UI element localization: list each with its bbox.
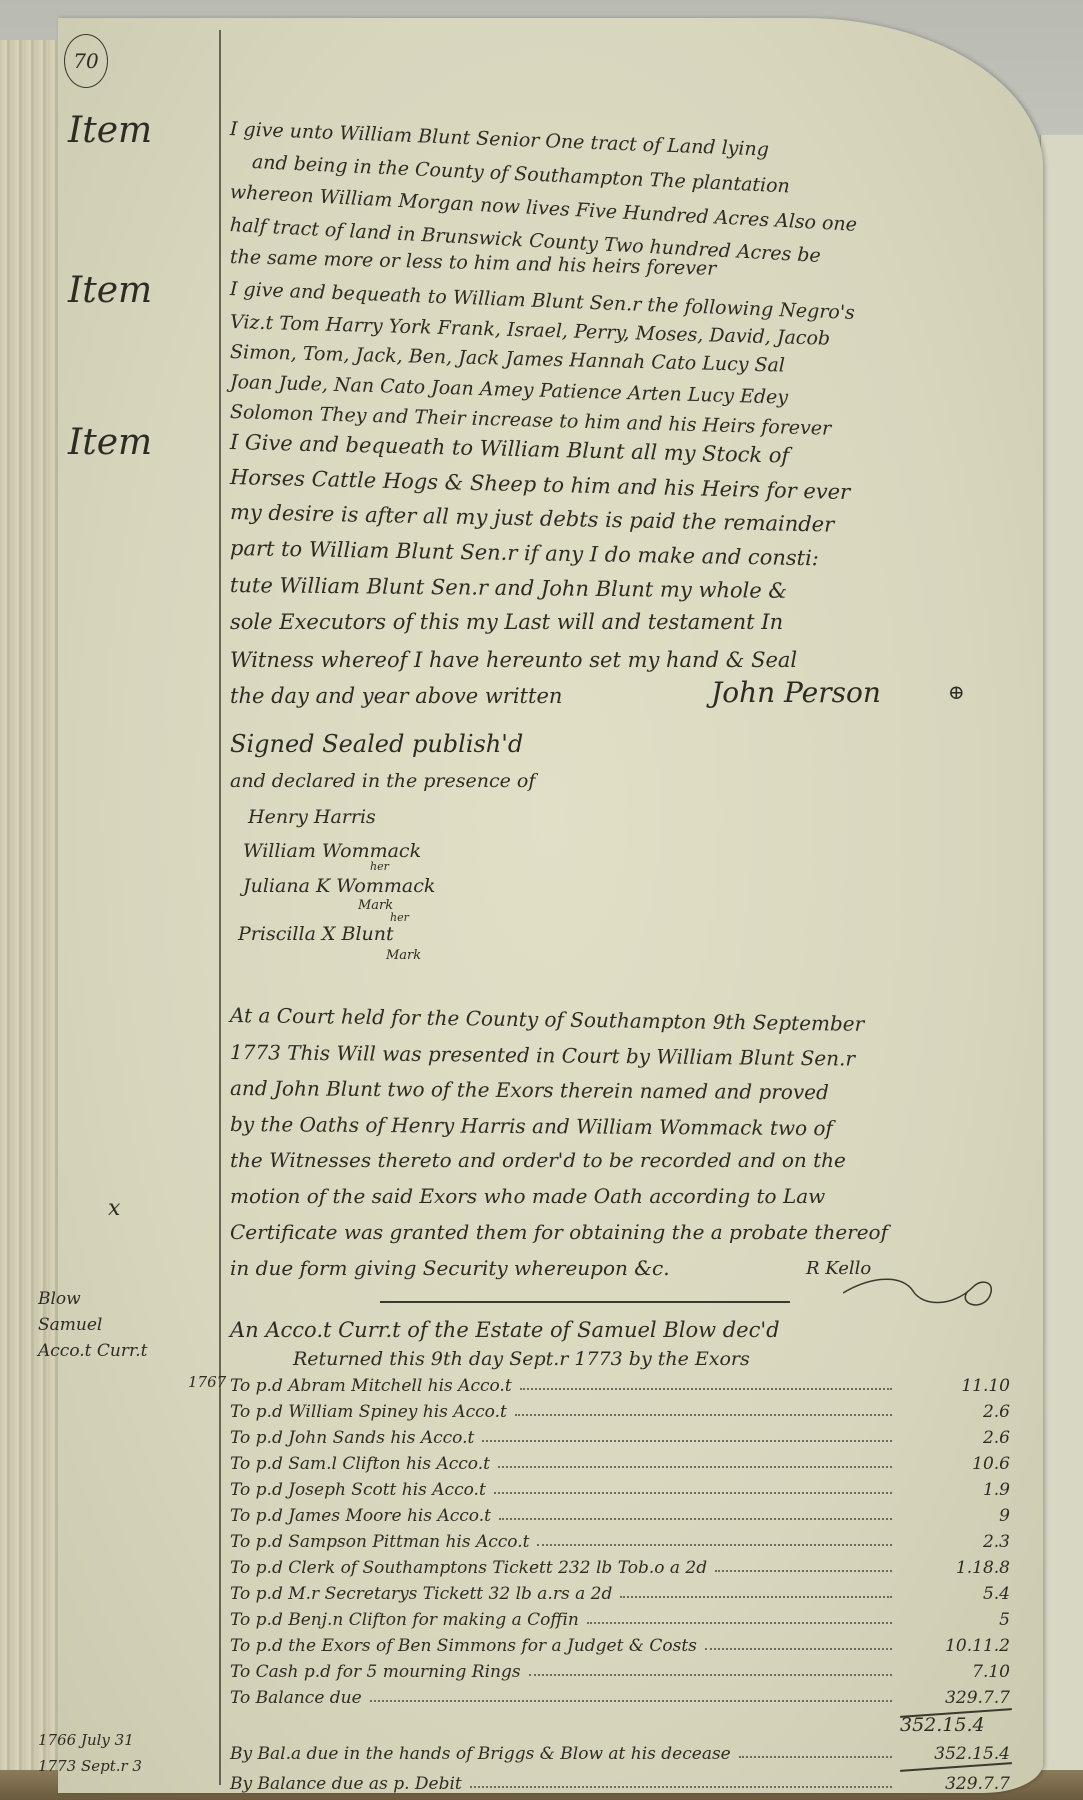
credit-row: By Bal.a due in the hands of Briggs & Bl… <box>230 1738 1010 1764</box>
probate-line: motion of the said Exors who made Oath a… <box>230 1184 825 1208</box>
will-line: part to William Blunt Sen.r if any I do … <box>230 536 819 570</box>
debit-row: To p.d Sampson Pittman his Acco.t2.3 <box>230 1526 1010 1552</box>
debit-desc: To p.d Sam.l Clifton his Acco.t <box>230 1454 490 1474</box>
credit-date: 1773 Sept.r 3 <box>38 1752 142 1780</box>
debit-desc: To p.d the Exors of Ben Simmons for a Ju… <box>230 1636 697 1656</box>
debit-desc: To p.d M.r Secretarys Tickett 32 lb a.rs… <box>230 1584 612 1604</box>
ledger-page: 70 Item I give unto William Blunt Senior… <box>58 18 1043 1793</box>
witness-mark-below: Mark <box>386 948 421 963</box>
debit-desc: To p.d Abram Mitchell his Acco.t <box>230 1376 512 1396</box>
credit-amount: 352.15.4 <box>900 1744 1010 1764</box>
attestation-line: and declared in the presence of <box>230 770 535 792</box>
leader-dots <box>587 1622 892 1624</box>
debit-amount: 7.10 <box>900 1662 1010 1682</box>
leader-dots <box>499 1518 892 1520</box>
debit-amount: 1.18.8 <box>900 1558 1010 1578</box>
probate-line: in due form giving Security whereupon &c… <box>230 1256 670 1280</box>
debit-row: To Cash p.d for 5 mourning Rings7.10 <box>230 1656 1010 1682</box>
attestation-line: Signed Sealed publish'd <box>230 730 523 758</box>
debit-desc: To p.d John Sands his Acco.t <box>230 1428 474 1448</box>
margin-rule <box>219 30 221 1785</box>
debit-row: To Balance due329.7.7 <box>230 1682 1010 1708</box>
account-year: 1767 <box>188 1368 226 1396</box>
will-line: sole Executors of this my Last will and … <box>230 610 783 634</box>
debit-amount: 2.6 <box>900 1402 1010 1422</box>
will-line: Simon, Tom, Jack, Ben, Jack James Hannah… <box>230 341 785 377</box>
credit-desc: By Balance due as p. Debit <box>230 1774 462 1794</box>
debit-desc: To Balance due <box>230 1688 362 1708</box>
leader-dots <box>537 1544 892 1546</box>
debit-row: To p.d Abram Mitchell his Acco.t11.10 <box>230 1370 1010 1396</box>
will-line: Horses Cattle Hogs & Sheep to him and hi… <box>230 465 851 504</box>
witness-mark-above: her <box>370 860 389 873</box>
debit-desc: To p.d William Spiney his Acco.t <box>230 1402 507 1422</box>
debit-amount: 11.10 <box>900 1376 1010 1396</box>
debit-amount: 2.3 <box>900 1532 1010 1552</box>
account-title: An Acco.t Curr.t of the Estate of Samuel… <box>230 1318 780 1342</box>
probate-line: and John Blunt two of the Exors therein … <box>230 1076 829 1104</box>
probate-line: Certificate was granted them for obtaini… <box>230 1220 888 1244</box>
leader-dots <box>515 1414 892 1416</box>
debit-row: To p.d James Moore his Acco.t9 <box>230 1500 1010 1526</box>
leader-dots <box>705 1648 892 1650</box>
debit-row: To p.d John Sands his Acco.t2.6 <box>230 1422 1010 1448</box>
witness-name: Juliana K Wommack <box>243 875 435 897</box>
seal-icon: ⊕ <box>948 680 965 704</box>
leader-dots <box>482 1440 892 1442</box>
account-margin-label: Blow Samuel Acco.t Curr.t <box>38 1286 147 1364</box>
account-margin-type: Acco.t Curr.t <box>38 1338 147 1364</box>
leader-dots <box>494 1492 892 1494</box>
item-label-3: Item <box>68 422 152 463</box>
debit-row: To p.d Benj.n Clifton for making a Coffi… <box>230 1604 1010 1630</box>
will-line: my desire is after all my just debts is … <box>230 500 835 537</box>
will-line: tute William Blunt Sen.r and John Blunt … <box>230 573 787 603</box>
debit-amount: 2.6 <box>900 1428 1010 1448</box>
witness-name: William Wommack <box>243 840 421 862</box>
debit-row: To p.d Clerk of Southamptons Tickett 232… <box>230 1552 1010 1578</box>
leader-dots <box>739 1756 892 1758</box>
leader-dots <box>370 1700 892 1702</box>
will-line: the day and year above written <box>230 684 562 708</box>
debit-amount: 10.6 <box>900 1454 1010 1474</box>
debit-row: To p.d M.r Secretarys Tickett 32 lb a.rs… <box>230 1578 1010 1604</box>
debit-amount: 5.4 <box>900 1584 1010 1604</box>
debit-desc: To p.d Sampson Pittman his Acco.t <box>230 1532 529 1552</box>
credit-date: 1766 July 31 <box>38 1726 134 1754</box>
debit-desc: To p.d Clerk of Southamptons Tickett 232… <box>230 1558 707 1578</box>
item-label-1: Item <box>68 110 152 151</box>
debit-desc: To p.d Joseph Scott his Acco.t <box>230 1480 486 1500</box>
debit-row: To p.d Sam.l Clifton his Acco.t10.6 <box>230 1448 1010 1474</box>
testator-signature: John Person <box>711 676 881 709</box>
credit-desc: By Bal.a due in the hands of Briggs & Bl… <box>230 1744 731 1764</box>
debit-total: 352.15.4 <box>900 1714 985 1736</box>
debit-desc: To Cash p.d for 5 mourning Rings <box>230 1662 521 1682</box>
margin-x-mark: x <box>108 1196 120 1221</box>
debit-amount: 10.11.2 <box>900 1636 1010 1656</box>
page-number: 70 <box>64 34 108 88</box>
account-margin-surname: Blow <box>38 1286 147 1312</box>
leader-dots <box>520 1388 892 1390</box>
credit-row: By Balance due as p. Debit329.7.7 <box>230 1768 1010 1794</box>
flourish-icon <box>843 1273 1003 1313</box>
leader-dots <box>620 1596 892 1598</box>
facing-page-edge <box>1040 135 1083 1800</box>
debit-amount: 9 <box>900 1506 1010 1526</box>
witness-name: Henry Harris <box>248 806 376 828</box>
section-divider <box>380 1301 790 1303</box>
witness-mark-below: Mark <box>358 898 393 913</box>
debit-row: To p.d the Exors of Ben Simmons for a Ju… <box>230 1630 1010 1656</box>
leader-dots <box>715 1570 892 1572</box>
debit-desc: To p.d James Moore his Acco.t <box>230 1506 491 1526</box>
leader-dots <box>498 1466 892 1468</box>
debit-amount: 5 <box>900 1610 1010 1630</box>
debit-amount: 1.9 <box>900 1480 1010 1500</box>
debit-row: To p.d William Spiney his Acco.t2.6 <box>230 1396 1010 1422</box>
credit-amount: 329.7.7 <box>900 1774 1010 1794</box>
account-margin-forename: Samuel <box>38 1312 147 1338</box>
leader-dots <box>470 1786 892 1788</box>
item-label-2: Item <box>68 270 152 311</box>
debit-row: To p.d Joseph Scott his Acco.t1.9 <box>230 1474 1010 1500</box>
will-line: Witness whereof I have hereunto set my h… <box>230 648 797 672</box>
probate-line: by the Oaths of Henry Harris and William… <box>230 1112 833 1140</box>
probate-line: At a Court held for the County of Southa… <box>230 1003 864 1036</box>
debit-desc: To p.d Benj.n Clifton for making a Coffi… <box>230 1610 579 1630</box>
account-subtitle: Returned this 9th day Sept.r 1773 by the… <box>293 1348 750 1370</box>
probate-line: 1773 This Will was presented in Court by… <box>230 1040 855 1071</box>
debit-amount: 329.7.7 <box>900 1688 1010 1708</box>
leader-dots <box>529 1674 892 1676</box>
witness-name: Priscilla X Blunt <box>238 923 394 945</box>
probate-line: the Witnesses thereto and order'd to be … <box>230 1148 846 1172</box>
